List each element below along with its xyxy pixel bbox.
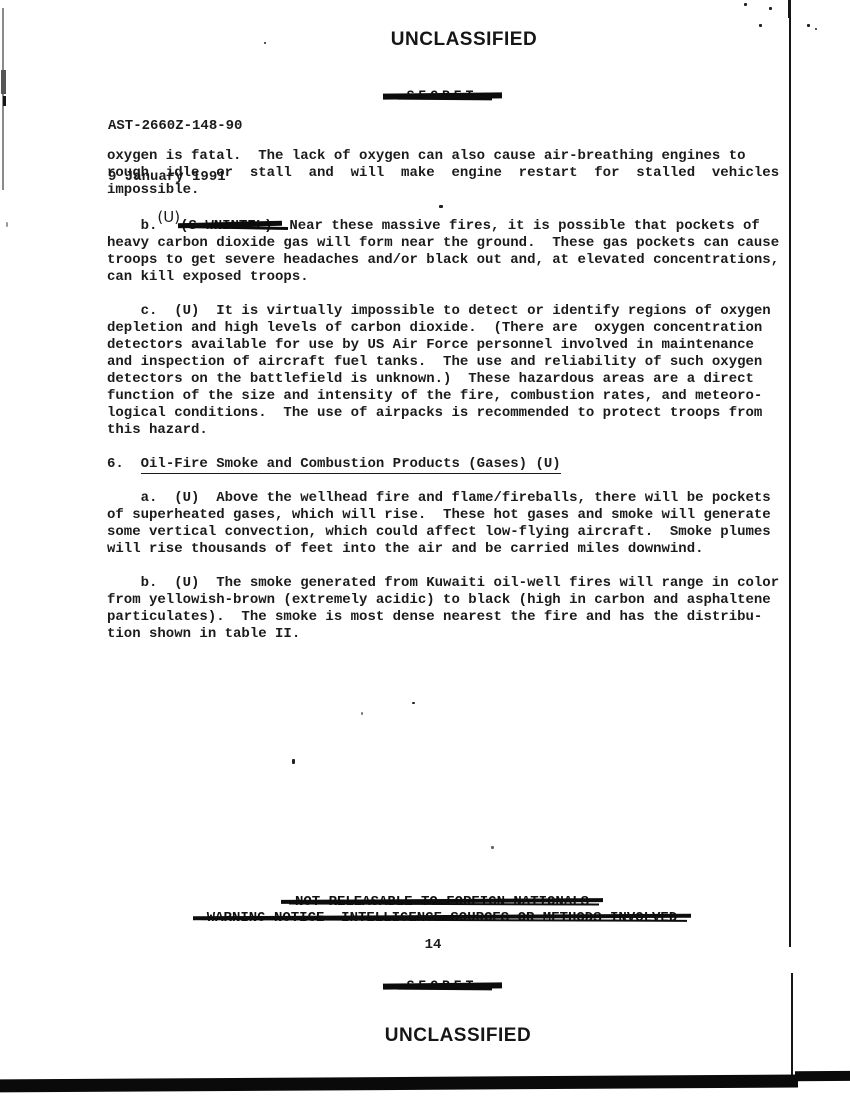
text-line: heavy carbon dioxide gas will form near … <box>107 235 802 252</box>
struck-classification-bottom-wrap: SECRET <box>35 976 849 994</box>
paragraph-b-first-line-text: Near these massive fires, it is possible… <box>273 218 760 234</box>
text-line: logical conditions. The use of airpacks … <box>107 405 802 422</box>
scan-speck <box>815 28 817 30</box>
struck-warning-2-wrap: WARNING NOTICE--INTELLIGENCE SOURCES OR … <box>35 908 849 926</box>
scan-speck <box>744 3 747 6</box>
scan-speck <box>6 222 8 227</box>
paragraph-6a: a. (U) Above the wellhead fire and flame… <box>107 490 802 558</box>
text-line: troops to get severe headaches and/or bl… <box>107 252 802 269</box>
scan-speck <box>264 42 266 44</box>
text-line: this hazard. <box>107 422 802 439</box>
text-line: some vertical convection, which could af… <box>107 524 802 541</box>
scan-speck <box>412 702 415 704</box>
scan-speck <box>292 759 295 764</box>
text-line: impossible. <box>107 182 802 199</box>
text-line: depletion and high levels of carbon diox… <box>107 320 802 337</box>
text-line: of superheated gases, which will rise. T… <box>107 507 802 524</box>
text-line: can kill exposed troops. <box>107 269 802 286</box>
text-line: detectors on the battlefield is unknown.… <box>107 371 802 388</box>
paragraph-b: b.(U)(S-WNINTEL) Near these massive fire… <box>107 216 802 286</box>
scan-speck <box>807 24 810 27</box>
scan-artifact-left-blob <box>1 70 6 94</box>
struck-classification-top-wrap: SECRET <box>35 86 849 104</box>
scan-speck <box>759 24 762 27</box>
text-line: and inspection of aircraft fuel tanks. T… <box>107 354 802 371</box>
paragraph-b-label: b. <box>107 218 157 234</box>
scan-speck <box>769 7 772 10</box>
struck-warning-intel-sources: WARNING NOTICE--INTELLIGENCE SOURCES OR … <box>207 910 677 926</box>
section-6-title: Oil-Fire Smoke and Combustion Products (… <box>141 456 561 474</box>
paragraph-6b: b. (U) The smoke generated from Kuwaiti … <box>107 575 802 643</box>
scan-artifact-left-mark <box>3 96 6 106</box>
paragraph-c: c. (U) It is virtually impossible to det… <box>107 303 802 439</box>
struck-classification-top: SECRET <box>407 89 478 103</box>
scan-speck <box>361 712 363 715</box>
text-line: tion shown in table II. <box>107 626 802 643</box>
text-line: c. (U) It is virtually impossible to det… <box>107 303 802 320</box>
section-6-number: 6. <box>107 456 124 472</box>
top-classification-banner: UNCLASSIFIED <box>78 29 850 51</box>
text-line: oxygen is fatal. The lack of oxygen can … <box>107 148 802 165</box>
text-line: from yellowish-brown (extremely acidic) … <box>107 592 802 609</box>
scan-artifact-right-line-top <box>788 0 791 18</box>
struck-classification-bottom: SECRET <box>407 979 478 993</box>
paragraph-b-first-line: b.(U)(S-WNINTEL) Near these massive fire… <box>107 216 802 235</box>
text-line: particulates). The smoke is most dense n… <box>107 609 802 626</box>
scan-speck <box>491 846 494 849</box>
paragraph-b-lines: heavy carbon dioxide gas will form near … <box>107 235 802 286</box>
scan-artifact-bottom-bar-right <box>795 1071 850 1081</box>
scan-artifact-right-line <box>789 18 791 947</box>
text-line: detectors available for use by US Air Fo… <box>107 337 802 354</box>
scan-artifact-bottom-bar <box>0 1075 798 1093</box>
struck-classification-marking: (S-WNINTEL) <box>180 218 272 235</box>
handwritten-u-marking: (U) <box>157 209 180 226</box>
scan-speck <box>439 205 443 208</box>
section-6-heading: 6. Oil-Fire Smoke and Combustion Product… <box>107 456 802 473</box>
document-body: oxygen is fatal. The lack of oxygen can … <box>107 148 802 660</box>
text-line: rough idle or stall and will make engine… <box>107 165 802 182</box>
text-line: a. (U) Above the wellhead fire and flame… <box>107 490 802 507</box>
document-id: AST-2660Z-148-90 <box>108 118 242 135</box>
document-page: UNCLASSIFIED AST-2660Z-148-90 9 January … <box>0 0 850 1097</box>
paragraph-intro: oxygen is fatal. The lack of oxygen can … <box>107 148 802 199</box>
bottom-classification-banner: UNCLASSIFIED <box>66 1025 850 1047</box>
page-number: 14 <box>35 937 831 953</box>
text-line: will rise thousands of feet into the air… <box>107 541 802 558</box>
text-line: b. (U) The smoke generated from Kuwaiti … <box>107 575 802 592</box>
scan-artifact-right-line-bottom <box>791 973 793 1083</box>
text-line: function of the size and intensity of th… <box>107 388 802 405</box>
